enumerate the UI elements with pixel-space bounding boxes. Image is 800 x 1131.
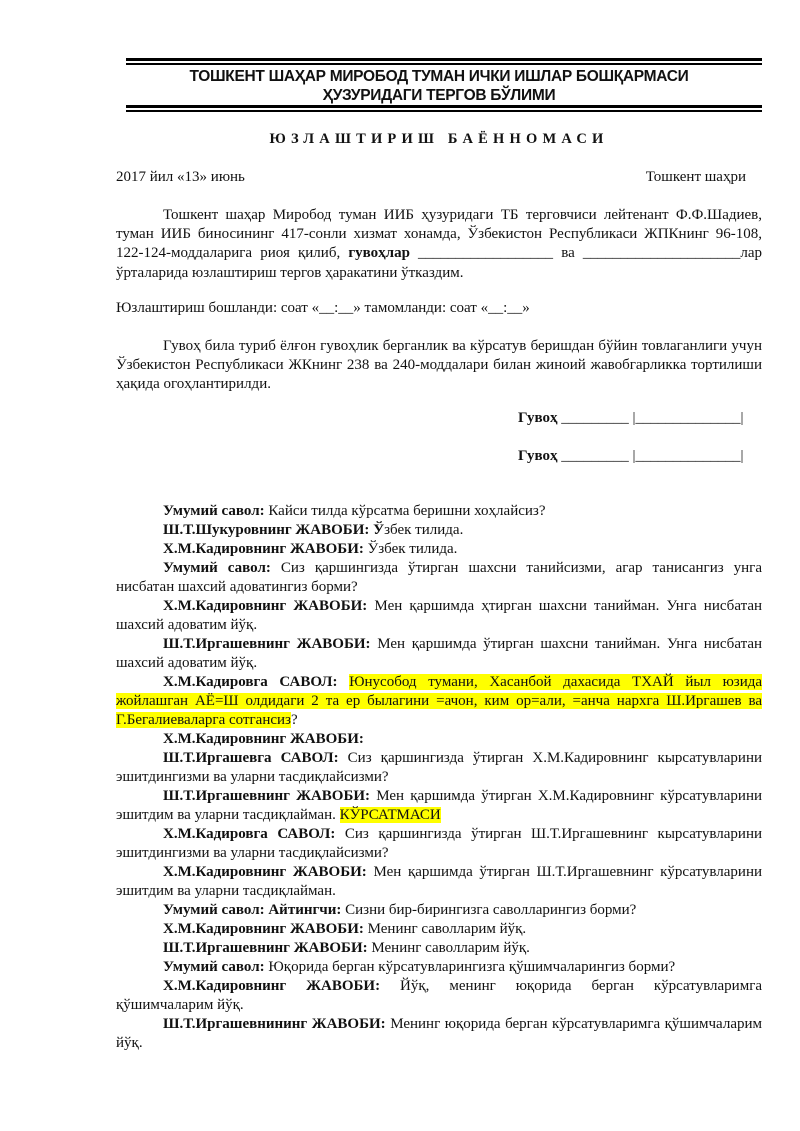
qa-speaker: Умумий савол:: [163, 503, 265, 519]
qa-speaker: Умумий савол:: [163, 560, 271, 576]
qa-item: Х.М.Кадировнинг ЖАВОБИ: Менинг саволлари…: [116, 920, 762, 939]
intro-bold-witnesses: гувоҳлар: [348, 245, 410, 261]
intro-paragraph: Тошкент шаҳар Миробод туман ИИБ ҳузурида…: [116, 206, 762, 283]
qa-text: Кайси тилда кўрсатма беришни хоҳлайсиз?: [265, 503, 546, 519]
qa-speaker: Х.М.Кадировнинг ЖАВОБИ:: [163, 598, 367, 614]
qa-item: Х.М.Кадировнинг ЖАВОБИ: Мен қаршимда ҳти…: [116, 597, 762, 635]
qa-speaker: Х.М.Кадировга САВОЛ:: [163, 826, 335, 842]
org-name-line1: ТОШКЕНТ ШАҲАР МИРОБОД ТУМАН ИЧКИ ИШЛАР Б…: [116, 67, 762, 86]
document-date: 2017 йил «13» июнь: [116, 169, 245, 186]
qa-item: Умумий савол: Кайси тилда кўрсатма бериш…: [116, 502, 762, 521]
document-title: ЮЗЛАШТИРИШ БАЁННОМАСИ: [116, 131, 762, 148]
qa-item: Умумий савол: Сиз қаршингизда ўтирган ша…: [116, 559, 762, 597]
header-rule-bottom-thin: [126, 110, 762, 112]
qa-speaker: Ш.Т.Шукуровнинг ЖАВОБИ: Ў: [163, 522, 384, 538]
qa-item: Умумий савол: Юқорида берган кўрсатувлар…: [116, 958, 762, 977]
qa-speaker: Умумий савол: Айтингчи:: [163, 902, 341, 918]
qa-item: Х.М.Кадировнинг ЖАВОБИ: Мен қаршимда ўти…: [116, 863, 762, 901]
header-rule-bottom-thick: [126, 105, 762, 108]
qa-speaker: Умумий савол:: [163, 959, 265, 975]
qa-text: Менинг саволларим йўқ.: [368, 940, 530, 956]
date-place-line: 2017 йил «13» июнь Тошкент шаҳри: [116, 169, 746, 186]
qa-item: Умумий савол: Айтингчи: Сизни бир-биринг…: [116, 901, 762, 920]
signature-label: Гувоҳ: [518, 448, 557, 464]
qa-speaker: Ш.Т.Иргашевнининг ЖАВОБИ:: [163, 1016, 386, 1032]
qa-item: Х.М.Кадировнинг ЖАВОБИ: Йўқ, менинг юқор…: [116, 977, 762, 1015]
qa-speaker: Ш.Т.Иргашевга САВОЛ:: [163, 750, 339, 766]
signature-blank: _________ |______________|: [557, 410, 743, 426]
qa-text: Ўзбек тилида.: [364, 541, 458, 557]
qa-item: Х.М.Кадировнинг ЖАВОБИ: Ўзбек тилида.: [116, 540, 762, 559]
qa-item: Ш.Т.Иргашевнинг ЖАВОБИ: Мен қаршимда ўти…: [116, 635, 762, 673]
qa-speaker: Ш.Т.Иргашевнинг ЖАВОБИ:: [163, 788, 370, 804]
qa-speaker: Х.М.Кадировнинг ЖАВОБИ:: [163, 864, 367, 880]
signature-label: Гувоҳ: [518, 410, 557, 426]
qa-speaker: Х.М.Кадировнинг ЖАВОБИ:: [163, 921, 364, 937]
qa-speaker: Х.М.Кадировнинг ЖАВОБИ:: [163, 731, 364, 747]
qa-speaker: Ш.Т.Иргашевнинг ЖАВОБИ:: [163, 636, 371, 652]
qa-item: Ш.Т.Иргашевга САВОЛ: Сиз қаршингизда ўти…: [116, 749, 762, 787]
qa-item: Ш.Т.Иргашевнинг ЖАВОБИ: Менинг саволлари…: [116, 939, 762, 958]
time-line: Юзлаштириш бошланди: соат «__:__» тамомл…: [116, 299, 762, 318]
qa-item: Ш.Т.Шукуровнинг ЖАВОБИ: Ўзбек тилида.: [116, 521, 762, 540]
org-name-line2: ҲУЗУРИДАГИ ТЕРГОВ БЎЛИМИ: [116, 86, 762, 105]
qa-item: Ш.Т.Иргашевнинг ЖАВОБИ: Мен қаршимда ўти…: [116, 787, 762, 825]
signature-blank: _________ |______________|: [557, 448, 743, 464]
qa-speaker: Х.М.Кадировнинг ЖАВОБИ:: [163, 541, 364, 557]
qa-pre: [337, 674, 349, 690]
qa-speaker: Х.М.Кадировнинг ЖАВОБИ:: [163, 978, 380, 994]
qa-speaker: Ш.Т.Иргашевнинг ЖАВОБИ:: [163, 940, 368, 956]
qa-text: Сизни бир-бирингизга саволларингиз борми…: [341, 902, 636, 918]
qa-text: ?: [291, 712, 298, 728]
qa-speaker: Х.М.Кадировга САВОЛ:: [163, 674, 337, 690]
qa-item: Х.М.Кадировнинг ЖАВОБИ:: [116, 730, 762, 749]
qa-text: Юқорида берган кўрсатувларингизга қўшимч…: [265, 959, 676, 975]
qa-text: Менинг саволларим йўқ.: [364, 921, 526, 937]
signature-line-2: Гувоҳ _________ |______________|: [518, 448, 744, 465]
warning-paragraph: Гувоҳ била туриб ёлғон гувоҳлик берганли…: [116, 337, 762, 395]
signature-line-1: Гувоҳ _________ |______________|: [518, 410, 744, 427]
header-rule-top-thick: [126, 58, 762, 61]
qa-item: Ш.Т.Иргашевнининг ЖАВОБИ: Менинг юқорида…: [116, 1015, 762, 1053]
qa-text: збек тилида.: [384, 522, 463, 538]
qa-highlighted-testimony: КЎРСАТМАСИ: [340, 807, 441, 823]
qa-item: Х.М.Кадировга САВОЛ: Сиз қаршингизда ўти…: [116, 825, 762, 863]
qa-item: Х.М.Кадировга САВОЛ: Юнусобод тумани, Ха…: [116, 673, 762, 731]
document-place: Тошкент шаҳри: [646, 169, 746, 186]
header-rule-top-thin: [126, 63, 762, 65]
